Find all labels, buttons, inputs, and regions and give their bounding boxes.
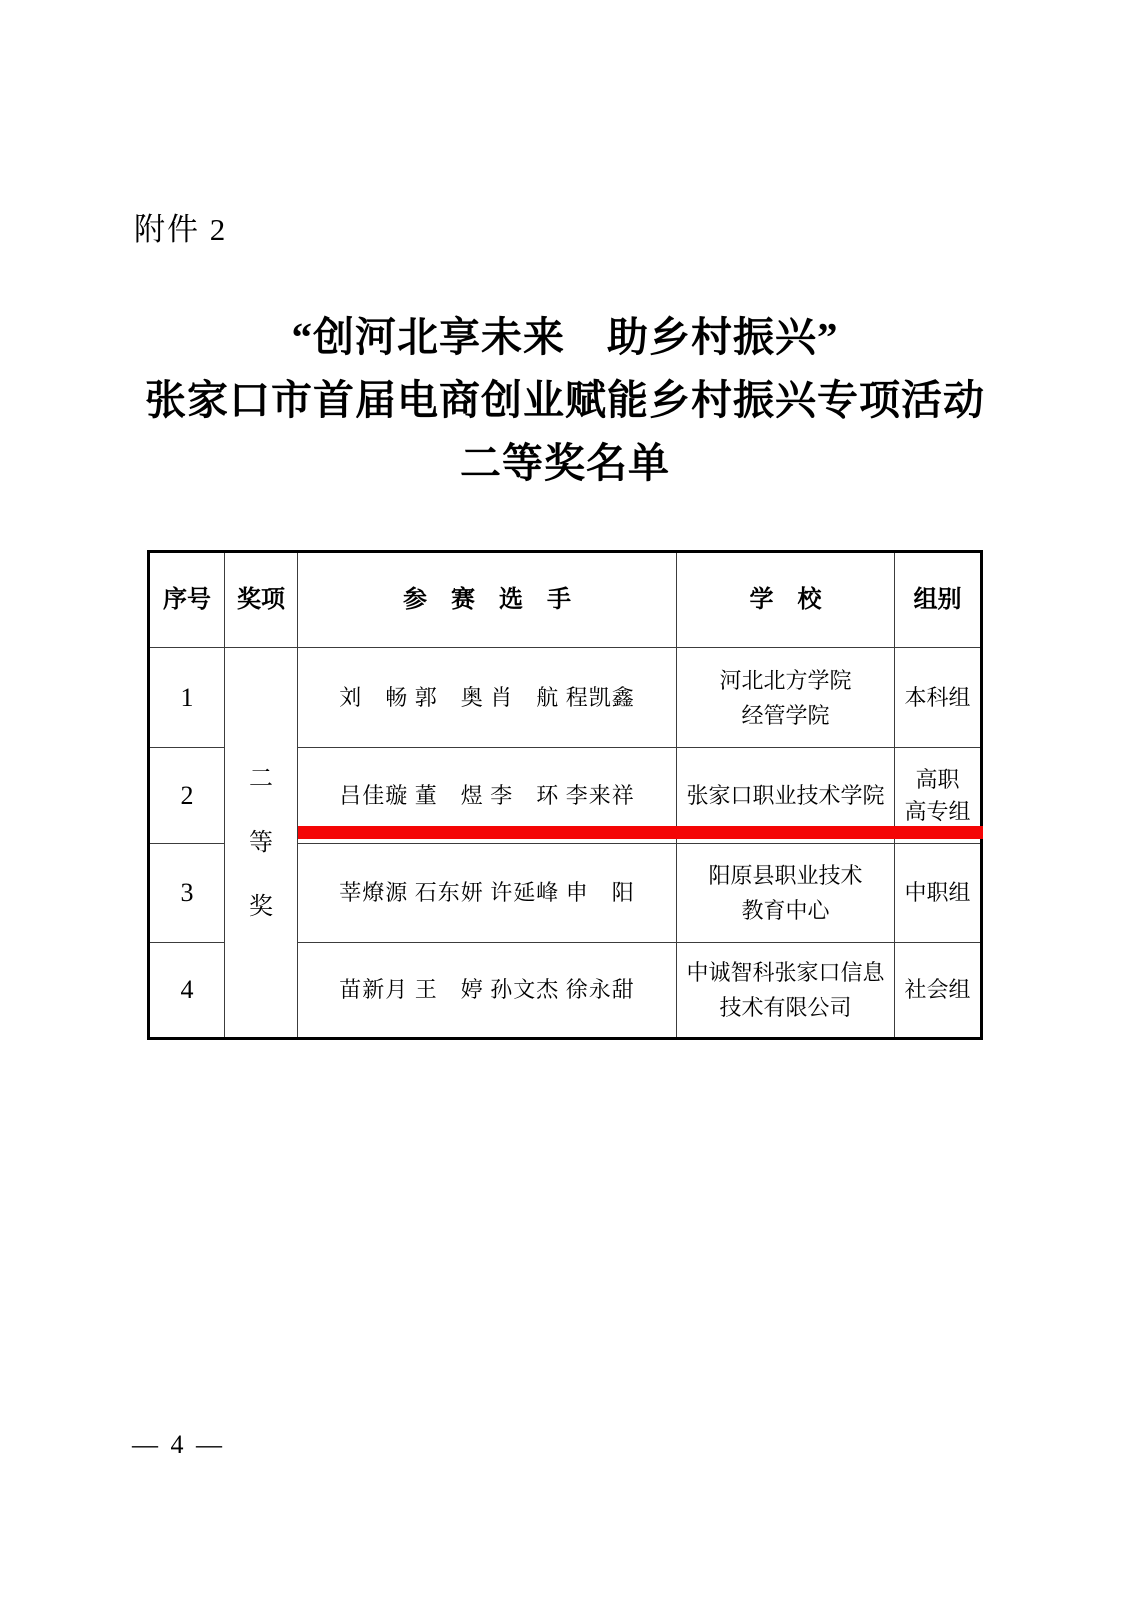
row-school: 阳原县职业技术 教育中心 — [677, 844, 895, 943]
row-group: 社会组 — [895, 943, 980, 1037]
header-award: 奖项 — [225, 553, 298, 648]
document-title: “创河北享未来 助乡村振兴” 张家口市首届电商创业赋能乡村振兴专项活动 二等奖名… — [85, 306, 1045, 495]
title-line-2: 张家口市首届电商创业赋能乡村振兴专项活动 — [85, 369, 1045, 432]
title-line-3: 二等奖名单 — [85, 432, 1045, 495]
document-page: 附件 2 “创河北享未来 助乡村振兴” 张家口市首届电商创业赋能乡村振兴专项活动… — [0, 0, 1130, 1600]
header-school: 学 校 — [677, 553, 895, 648]
row-group: 中职组 — [895, 844, 980, 943]
page-number: — 4 — — [132, 1430, 225, 1460]
title-line-1: “创河北享未来 助乡村振兴” — [85, 306, 1045, 369]
attachment-label: 附件 2 — [134, 204, 227, 249]
row-school: 河北北方学院 经管学院 — [677, 648, 895, 748]
row-index: 3 — [150, 844, 225, 943]
row-school: 中诚智科张家口信息 技术有限公司 — [677, 943, 895, 1037]
row-index: 1 — [150, 648, 225, 748]
row-index: 2 — [150, 748, 225, 844]
header-group: 组别 — [895, 553, 980, 648]
header-contestants: 参 赛 选 手 — [298, 553, 677, 648]
award-merged-cell: 二 等 奖 — [225, 648, 298, 1037]
row-group: 本科组 — [895, 648, 980, 748]
row-contestants: 刘 畅 郭 奥 肖 航 程凯鑫 — [298, 648, 677, 748]
row-contestants: 苗新月 王 婷 孙文杰 徐永甜 — [298, 943, 677, 1037]
awards-table: 序号 奖项 参 赛 选 手 学 校 组别 1 二 等 奖 刘 畅 郭 奥 肖 航… — [147, 550, 983, 1040]
header-index: 序号 — [150, 553, 225, 648]
row-index: 4 — [150, 943, 225, 1037]
red-underline-annotation — [298, 826, 983, 839]
row-contestants: 莘燎源 石东妍 许延峰 申 阳 — [298, 844, 677, 943]
